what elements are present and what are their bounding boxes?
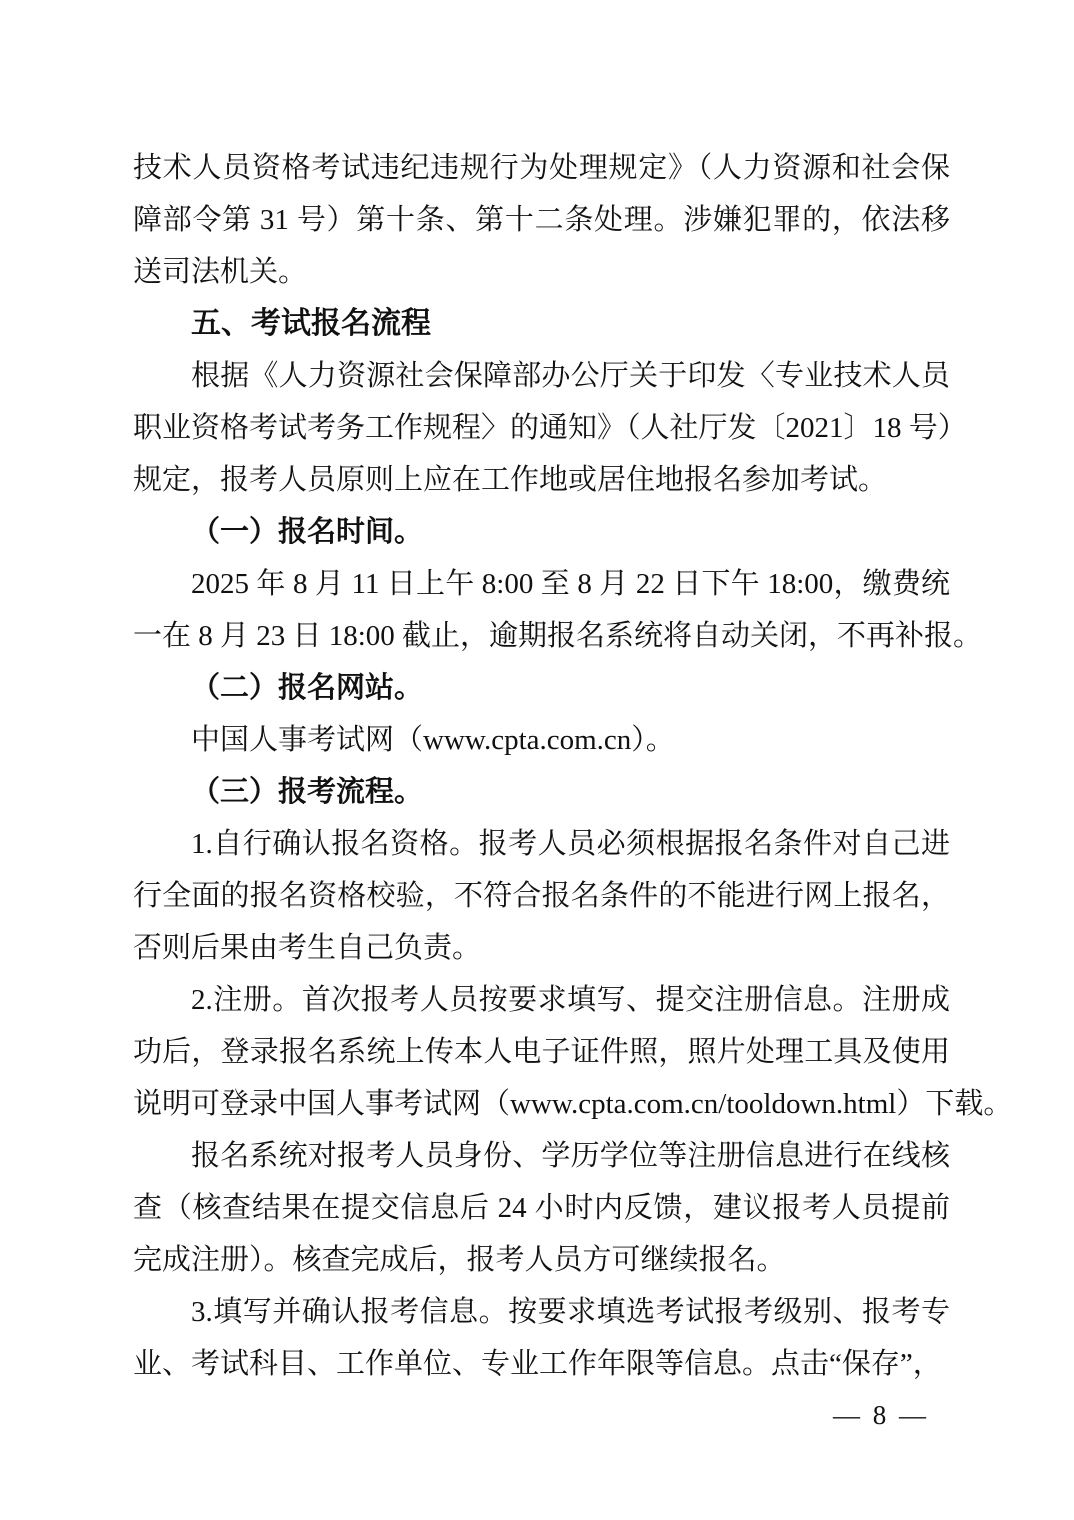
- text-line: 功后，登录报名系统上传本人电子证件照，照片处理工具及使用: [133, 1026, 950, 1078]
- text-line: 障部令第 31 号）第十条、第十二条处理。涉嫌犯罪的，依法移: [133, 194, 950, 246]
- paragraph-subheading: （二）报名网站。: [133, 662, 950, 714]
- text-line: 职业资格考试考务工作规程〉的通知》（人社厅发〔2021〕18 号）: [133, 402, 950, 454]
- text-line: （二）报名网站。: [133, 662, 950, 714]
- document-body: 技术人员资格考试违纪违规行为处理规定》（人力资源和社会保障部令第 31 号）第十…: [133, 142, 950, 1390]
- paragraph-body: 2.注册。首次报考人员按要求填写、提交注册信息。注册成功后，登录报名系统上传本人…: [133, 974, 950, 1130]
- text-line: 五、考试报名流程: [133, 298, 950, 350]
- text-line: 技术人员资格考试违纪违规行为处理规定》（人力资源和社会保: [133, 142, 950, 194]
- text-line: 行全面的报名资格校验，不符合报名条件的不能进行网上报名，: [133, 870, 950, 922]
- paragraph-subheading: （三）报考流程。: [133, 766, 950, 818]
- paragraph-body: 2025 年 8 月 11 日上午 8:00 至 8 月 22 日下午 18:0…: [133, 558, 950, 662]
- paragraph-body: 报名系统对报考人员身份、学历学位等注册信息进行在线核查（核查结果在提交信息后 2…: [133, 1130, 950, 1286]
- text-line: 送司法机关。: [133, 246, 950, 298]
- text-line: 2.注册。首次报考人员按要求填写、提交注册信息。注册成: [133, 974, 950, 1026]
- text-line: （一）报名时间。: [133, 506, 950, 558]
- text-line: 中国人事考试网（www.cpta.com.cn）。: [133, 714, 950, 766]
- text-line: 查（核查结果在提交信息后 24 小时内反馈，建议报考人员提前: [133, 1182, 950, 1234]
- paragraph-body: 技术人员资格考试违纪违规行为处理规定》（人力资源和社会保障部令第 31 号）第十…: [133, 142, 950, 298]
- paragraph-subheading: （一）报名时间。: [133, 506, 950, 558]
- paragraph-body: 根据《人力资源社会保障部办公厅关于印发〈专业技术人员职业资格考试考务工作规程〉的…: [133, 350, 950, 506]
- text-line: 2025 年 8 月 11 日上午 8:00 至 8 月 22 日下午 18:0…: [133, 558, 950, 610]
- text-line: （三）报考流程。: [133, 766, 950, 818]
- paragraph-body: 中国人事考试网（www.cpta.com.cn）。: [133, 714, 950, 766]
- text-line: 一在 8 月 23 日 18:00 截止，逾期报名系统将自动关闭，不再补报。: [133, 610, 950, 662]
- text-line: 3.填写并确认报考信息。按要求填选考试报考级别、报考专: [133, 1286, 950, 1338]
- text-line: 否则后果由考生自己负责。: [133, 922, 950, 974]
- text-line: 规定，报考人员原则上应在工作地或居住地报名参加考试。: [133, 454, 950, 506]
- paragraph-heading: 五、考试报名流程: [133, 298, 950, 350]
- text-line: 说明可登录中国人事考试网（www.cpta.com.cn/tooldown.ht…: [133, 1078, 950, 1130]
- text-line: 1.自行确认报名资格。报考人员必须根据报名条件对自己进: [133, 818, 950, 870]
- text-line: 业、考试科目、工作单位、专业工作年限等信息。点击“保存”，: [133, 1338, 950, 1390]
- paragraph-body: 1.自行确认报名资格。报考人员必须根据报名条件对自己进行全面的报名资格校验，不符…: [133, 818, 950, 974]
- paragraph-body: 3.填写并确认报考信息。按要求填选考试报考级别、报考专业、考试科目、工作单位、专…: [133, 1286, 950, 1390]
- document-page: 技术人员资格考试违纪违规行为处理规定》（人力资源和社会保障部令第 31 号）第十…: [0, 0, 1074, 1520]
- page-number: — 8 —: [833, 1398, 929, 1432]
- text-line: 报名系统对报考人员身份、学历学位等注册信息进行在线核: [133, 1130, 950, 1182]
- text-line: 完成注册）。核查完成后，报考人员方可继续报名。: [133, 1234, 950, 1286]
- text-line: 根据《人力资源社会保障部办公厅关于印发〈专业技术人员: [133, 350, 950, 402]
